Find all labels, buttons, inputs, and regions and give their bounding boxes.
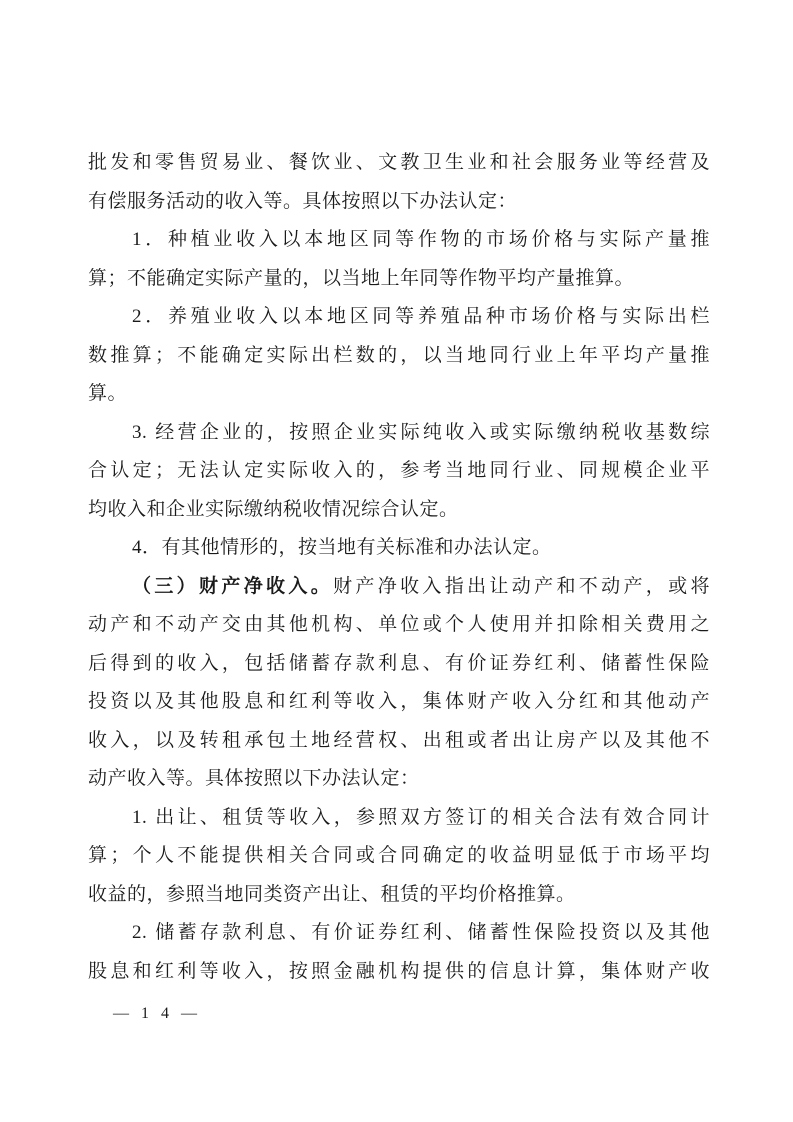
text-line: 有偿服务活动的收入等。具体按照以下办法认定： xyxy=(88,183,710,222)
page-number: — 1 4 — xyxy=(113,1002,201,1026)
text-segment: 批发和零售贸易业、餐饮业、文教卫生业和社会服务业等经营及 xyxy=(88,152,710,173)
text-line: 后得到的收入，包括储蓄存款利息、有价证券红利、储蓄性保险 xyxy=(88,645,710,684)
text-segment: 财产净收入指出让动产和不动产，或将 xyxy=(333,576,710,597)
text-line: 算。 xyxy=(88,375,710,414)
text-line: 数推算；不能确定实际出栏数的，以当地同行业上年平均产量推 xyxy=(88,337,710,376)
text-segment: 数推算；不能确定实际出栏数的，以当地同行业上年平均产量推 xyxy=(88,345,710,366)
text-line: 动产收入等。具体按照以下办法认定： xyxy=(88,760,710,799)
text-line: 收益的，参照当地同类资产出让、租赁的平均价格推算。 xyxy=(88,876,710,915)
text-line: （三）财产净收入。财产净收入指出让动产和不动产，或将 xyxy=(88,568,710,607)
text-segment: 2．养殖业收入以本地区同等养殖品种市场价格与实际出栏 xyxy=(132,306,710,327)
text-segment: 4．有其他情形的，按当地有关标准和办法认定。 xyxy=(132,537,552,558)
text-segment: 动产和不动产交由其他机构、单位或个人使用并扣除相关费用之 xyxy=(88,614,710,635)
text-line: 算；不能确定实际产量的，以当地上年同等作物平均产量推算。 xyxy=(88,260,710,299)
text-segment: 算；个人不能提供相关合同或合同确定的收益明显低于市场平均 xyxy=(88,845,710,866)
document-body: 批发和零售贸易业、餐饮业、文教卫生业和社会服务业等经营及有偿服务活动的收入等。具… xyxy=(88,144,710,991)
text-segment: 股息和红利等收入，按照金融机构提供的信息计算，集体财产收 xyxy=(88,961,710,982)
text-line: 4．有其他情形的，按当地有关标准和办法认定。 xyxy=(88,529,710,568)
text-line: 股息和红利等收入，按照金融机构提供的信息计算，集体财产收 xyxy=(88,953,710,992)
text-segment: 收益的，参照当地同类资产出让、租赁的平均价格推算。 xyxy=(88,884,576,905)
text-line: 投资以及其他股息和红利等收入，集体财产收入分红和其他动产 xyxy=(88,683,710,722)
text-line: 3. 经营企业的，按照企业实际纯收入或实际缴纳税收基数综 xyxy=(88,414,710,453)
text-line: 1．种植业收入以本地区同等作物的市场价格与实际产量推 xyxy=(88,221,710,260)
text-segment: 合认定；无法认定实际收入的，参考当地同行业、同规模企业平 xyxy=(88,460,710,481)
text-segment: 收入，以及转租承包土地经营权、出租或者出让房产以及其他不 xyxy=(88,730,710,751)
text-segment: 后得到的收入，包括储蓄存款利息、有价证券红利、储蓄性保险 xyxy=(88,653,710,674)
text-segment: 算；不能确定实际产量的，以当地上年同等作物平均产量推算。 xyxy=(88,268,634,289)
text-line: 算；个人不能提供相关合同或合同确定的收益明显低于市场平均 xyxy=(88,837,710,876)
section-heading: （三）财产净收入。 xyxy=(132,576,333,597)
text-segment: 动产收入等。具体按照以下办法认定： xyxy=(88,768,420,789)
text-line: 动产和不动产交由其他机构、单位或个人使用并扣除相关费用之 xyxy=(88,606,710,645)
text-line: 收入，以及转租承包土地经营权、出租或者出让房产以及其他不 xyxy=(88,722,710,761)
text-segment: 投资以及其他股息和红利等收入，集体财产收入分红和其他动产 xyxy=(88,691,710,712)
text-segment: 算。 xyxy=(88,383,127,404)
text-line: 批发和零售贸易业、餐饮业、文教卫生业和社会服务业等经营及 xyxy=(88,144,710,183)
text-line: 2．养殖业收入以本地区同等养殖品种市场价格与实际出栏 xyxy=(88,298,710,337)
text-line: 1. 出让、租赁等收入，参照双方签订的相关合法有效合同计 xyxy=(88,799,710,838)
document-page: 批发和零售贸易业、餐饮业、文教卫生业和社会服务业等经营及有偿服务活动的收入等。具… xyxy=(0,0,793,1122)
text-line: 2. 储蓄存款利息、有价证券红利、储蓄性保险投资以及其他 xyxy=(88,914,710,953)
text-line: 合认定；无法认定实际收入的，参考当地同行业、同规模企业平 xyxy=(88,452,710,491)
text-segment: 2. 储蓄存款利息、有价证券红利、储蓄性保险投资以及其他 xyxy=(132,922,710,943)
text-line: 均收入和企业实际缴纳税收情况综合认定。 xyxy=(88,491,710,530)
text-segment: 1．种植业收入以本地区同等作物的市场价格与实际产量推 xyxy=(132,229,710,250)
text-segment: 1. 出让、租赁等收入，参照双方签订的相关合法有效合同计 xyxy=(132,807,710,828)
text-segment: 有偿服务活动的收入等。具体按照以下办法认定： xyxy=(88,191,517,212)
text-segment: 均收入和企业实际缴纳税收情况综合认定。 xyxy=(88,499,459,520)
text-segment: 3. 经营企业的，按照企业实际纯收入或实际缴纳税收基数综 xyxy=(132,422,710,443)
